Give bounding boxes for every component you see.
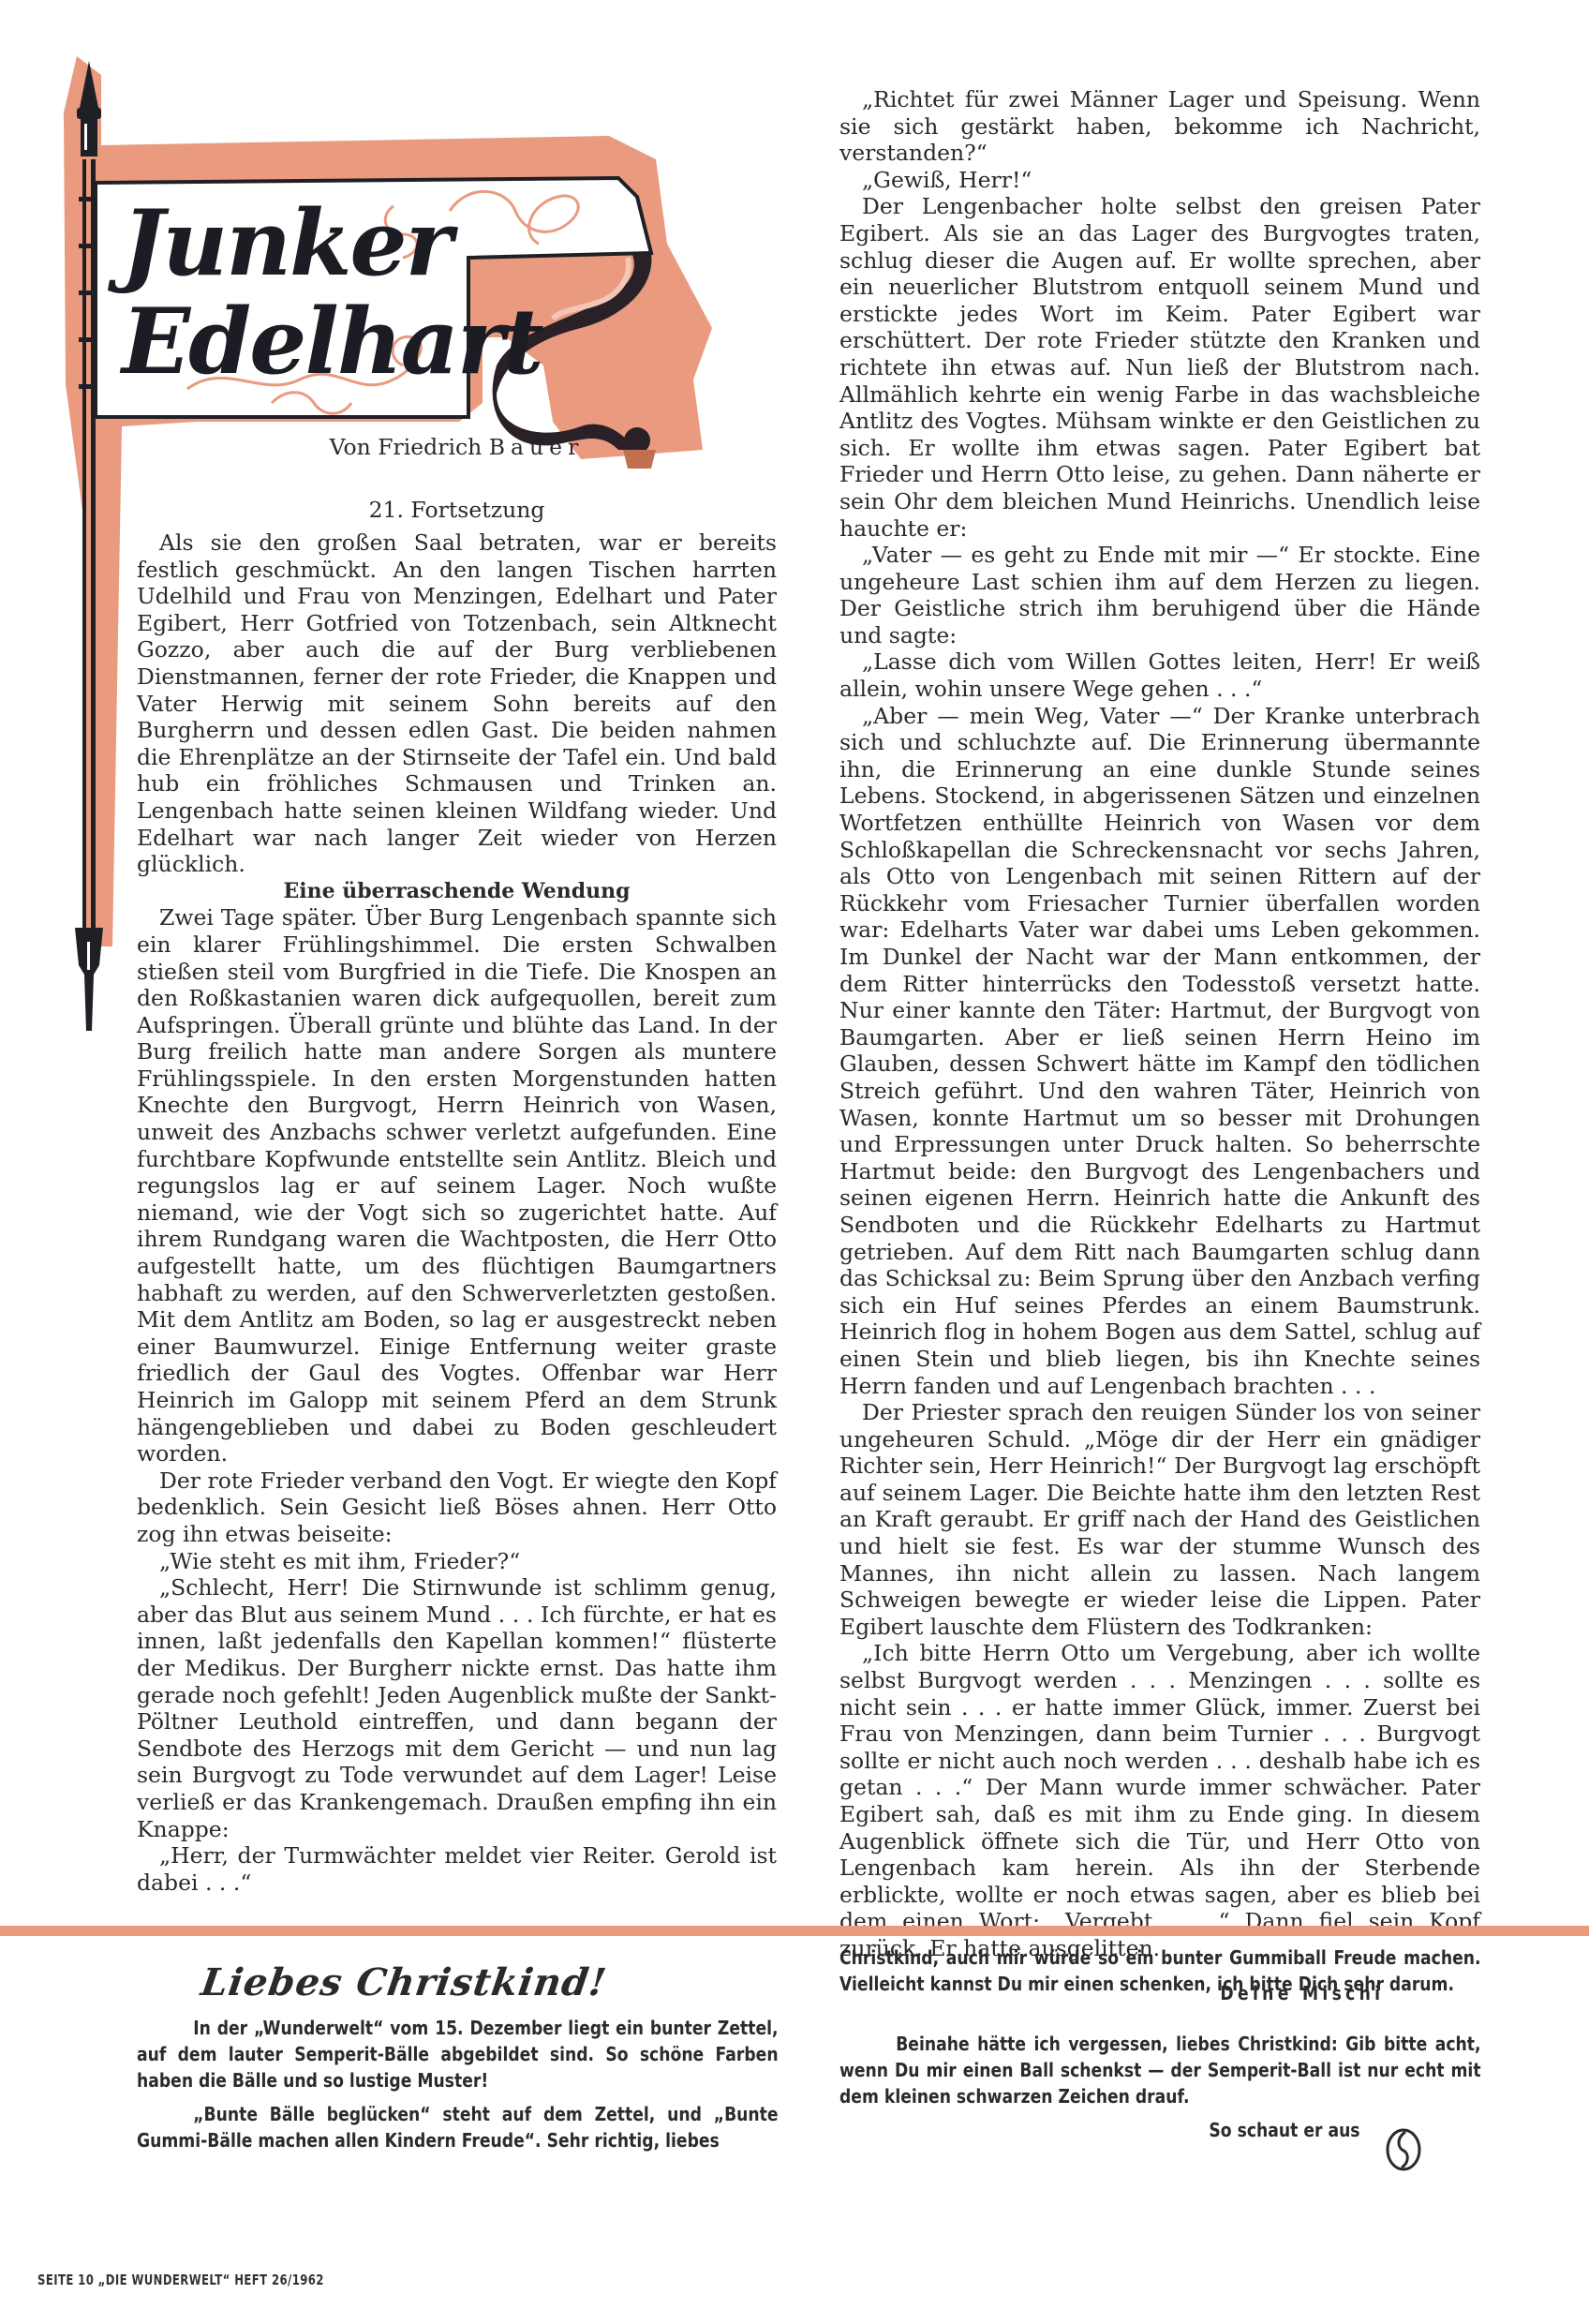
story-left-column: Als sie den großen Saal betraten, war er…	[137, 529, 777, 1896]
author-name: Bauer	[489, 434, 585, 460]
paragraph: Zwei Tage später. Über Burg Lengenbach s…	[137, 904, 777, 1467]
ad-paragraph: Beinahe hätte ich vergessen, liebes Chri…	[839, 2031, 1481, 2109]
semperit-logo-icon	[1385, 2127, 1422, 2172]
paragraph: Der rote Frieder verband den Vogt. Er wi…	[137, 1467, 777, 1548]
installment-label: 21. Fortsetzung	[137, 497, 777, 523]
paragraph: „Wie steht es mit ihm, Frieder?“	[137, 1548, 777, 1575]
paragraph: Der Priester sprach den reuigen Sünder l…	[839, 1399, 1480, 1640]
author-byline: Von Friedrich Bauer	[137, 434, 777, 460]
ad-paragraph: Christkind, auch mir würde so ein bunter…	[839, 1944, 1481, 1997]
page-footer: SEITE 10 „DIE WUNDERWELT“ HEFT 26/1962	[37, 2272, 324, 2288]
orange-divider	[0, 1926, 1589, 1936]
paragraph: „Schlecht, Herr! Die Stirnwunde ist schl…	[137, 1574, 777, 1842]
ad-left-column: In der „Wunderwelt“ vom 15. Dezember lie…	[137, 2015, 779, 2161]
paragraph: „Gewiß, Herr!“	[839, 167, 1480, 194]
paragraph: Der Lengenbacher holte selbst den greise…	[839, 193, 1480, 542]
paragraph: Als sie den großen Saal betraten, war er…	[137, 529, 777, 878]
banner-title-line2: Edelhart	[122, 295, 542, 389]
ad-paragraph: „Bunte Bälle beglücken“ steht auf dem Ze…	[137, 2101, 779, 2153]
ad-title: Liebes Christkind!	[199, 1960, 610, 2004]
paragraph: „Vater — es geht zu Ende mit mir —“ Er s…	[839, 542, 1480, 648]
banner-title-line1: Junker	[122, 197, 451, 290]
byline-prefix: Von Friedrich	[330, 434, 483, 460]
section-heading: Eine überraschende Wendung	[137, 878, 777, 905]
paragraph: „Ich bitte Herrn Otto um Vergebung, aber…	[839, 1640, 1480, 1961]
paragraph: „Lasse dich vom Willen Gottes leiten, He…	[839, 648, 1480, 702]
paragraph: „Herr, der Turmwächter meldet vier Reite…	[137, 1842, 777, 1896]
story-right-column: „Richtet für zwei Männer Lager und Speis…	[839, 86, 1480, 1962]
paragraph: „Aber — mein Weg, Vater —“ Der Kranke un…	[839, 703, 1480, 1399]
ad-right-column: Christkind, auch mir würde so ein bunter…	[839, 1944, 1481, 2151]
ad-paragraph: In der „Wunderwelt“ vom 15. Dezember lie…	[137, 2015, 779, 2093]
paragraph: „Richtet für zwei Männer Lager und Speis…	[839, 86, 1480, 167]
